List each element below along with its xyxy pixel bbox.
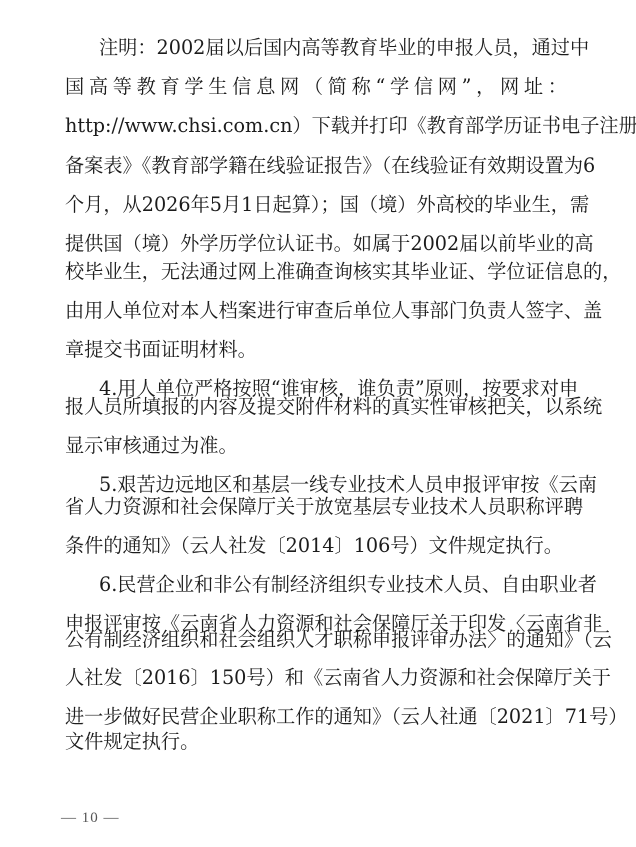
text-line: 省人力资源和社会保障厅关于放宽基层专业技术人员职称评聘 (65, 493, 567, 521)
text-line: 备案表》《教育部学籍在线验证报告》（在线验证有效期设置为6 (65, 152, 567, 180)
text-line: 人社发〔2016〕150号）和《云南省人力资源和社会保障厅关于 (65, 664, 567, 692)
text-line: 公有制经济组织和社会组织人才职称申报评审办法〉的通知》（云 (65, 626, 567, 654)
text-line: 6.民营企业和非公有制经济组织专业技术人员、自由职业者 (99, 571, 567, 599)
text-line: 显示审核通过为准。 (65, 432, 567, 460)
text-line: 校毕业生，无法通过网上准确查询核实其毕业证、学位证信息的， (65, 258, 567, 286)
text-line: 由用人单位对本人档案进行审查后单位人事部门负责人签字、盖 (65, 297, 567, 325)
text-line: 国高等教育学生信息网（简称“学信网”，网址： (65, 73, 567, 101)
text-line: 条件的通知》（云人社发〔2014〕106号）文件规定执行。 (65, 532, 567, 560)
text-line: 提供国（境）外学历学位认证书。如属于2002届以前毕业的高 (65, 230, 567, 258)
page-number: — 10 — (61, 810, 120, 827)
text-line: http://www.chsi.com.cn）下载并打印《教育部学历证书电子注册 (65, 112, 567, 140)
text-line: 文件规定执行。 (65, 728, 567, 756)
text-line: 章提交书面证明材料。 (65, 336, 567, 364)
text-line: 报人员所填报的内容及提交附件材料的真实性审核把关，以系统 (65, 393, 567, 421)
document-page: 注明：2002届以后国内高等教育毕业的申报人员，通过中 国高等教育学生信息网（简… (0, 0, 636, 847)
text-line: 个月，从2026年5月1日起算）；国（境）外高校的毕业生，需 (65, 191, 567, 219)
text-line: 进一步做好民营企业职称工作的通知》（云人社通〔2021〕71号） (65, 703, 567, 731)
text-line: 注明：2002届以后国内高等教育毕业的申报人员，通过中 (99, 34, 567, 62)
